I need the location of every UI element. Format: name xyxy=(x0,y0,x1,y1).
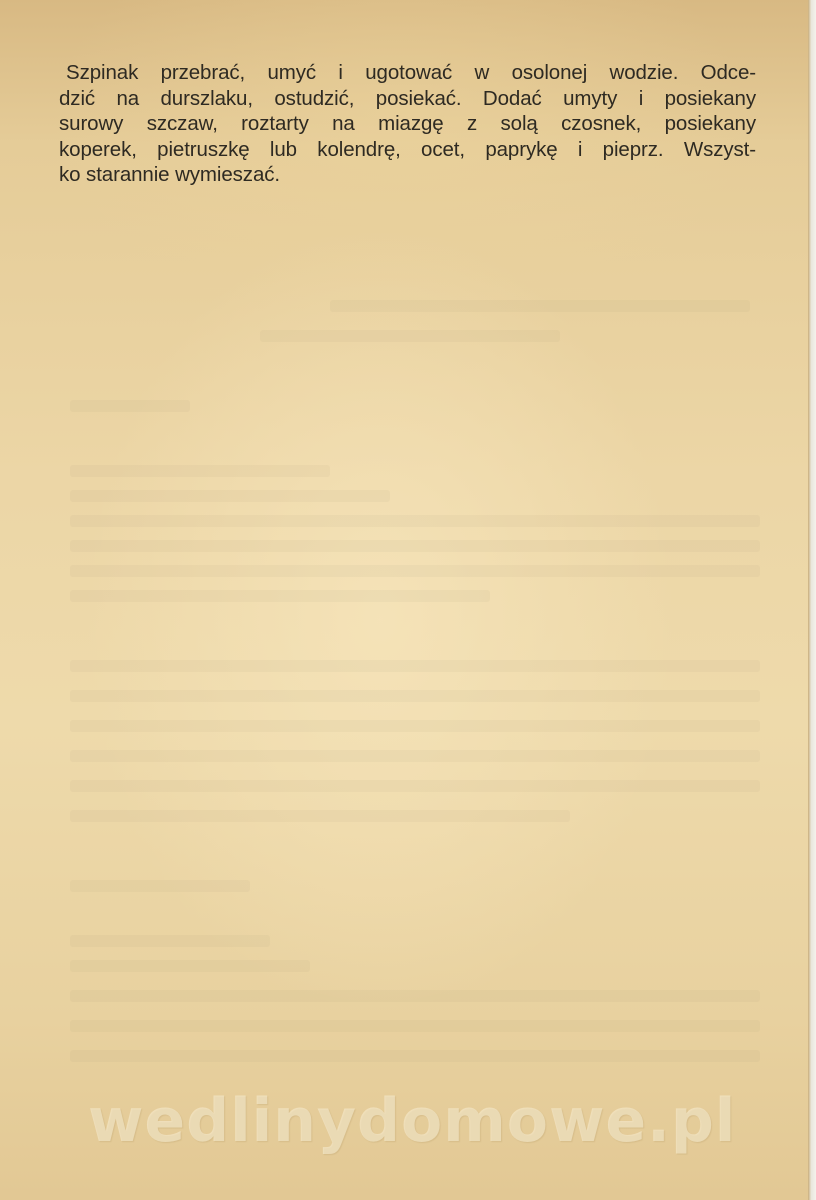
bleed-through-text xyxy=(70,720,760,732)
paragraph-line: dzić na durszlaku, ostudzić, posiekać. D… xyxy=(59,86,756,112)
bleed-through-text xyxy=(70,990,760,1002)
bleed-through-text xyxy=(70,880,250,892)
bleed-through-text xyxy=(70,750,760,762)
scanned-page: Szpinak przebrać, umyć i ugotować w osol… xyxy=(0,0,808,1200)
recipe-paragraph: Szpinak przebrać, umyć i ugotować w osol… xyxy=(66,60,756,188)
paragraph-line: ko starannie wymieszać. xyxy=(59,162,756,188)
bleed-through-text xyxy=(70,565,760,577)
bleed-through-text xyxy=(70,810,570,822)
bleed-through-text xyxy=(70,690,760,702)
bleed-through-text xyxy=(70,960,310,972)
paragraph-line: koperek, pietruszkę lub kolendrę, ocet, … xyxy=(59,137,756,163)
watermark-text: wedlinydomowe.pl xyxy=(88,1086,736,1156)
bleed-through-text xyxy=(70,1020,760,1032)
bleed-through-text xyxy=(70,465,330,477)
bleed-through-text xyxy=(330,300,750,312)
bleed-through-text xyxy=(70,1050,760,1062)
bleed-through-text xyxy=(70,540,760,552)
bleed-through-text xyxy=(70,490,390,502)
page-edge xyxy=(808,0,816,1200)
bleed-through-text xyxy=(260,330,560,342)
bleed-through-text xyxy=(70,660,760,672)
paragraph-line: Szpinak przebrać, umyć i ugotować w osol… xyxy=(66,60,756,86)
bleed-through-text xyxy=(70,935,270,947)
bleed-through-text xyxy=(70,515,760,527)
bleed-through-text xyxy=(70,400,190,412)
bleed-through-text xyxy=(70,780,760,792)
bleed-through-text xyxy=(70,590,490,602)
paragraph-line: surowy szczaw, roztarty na miazgę z solą… xyxy=(59,111,756,137)
